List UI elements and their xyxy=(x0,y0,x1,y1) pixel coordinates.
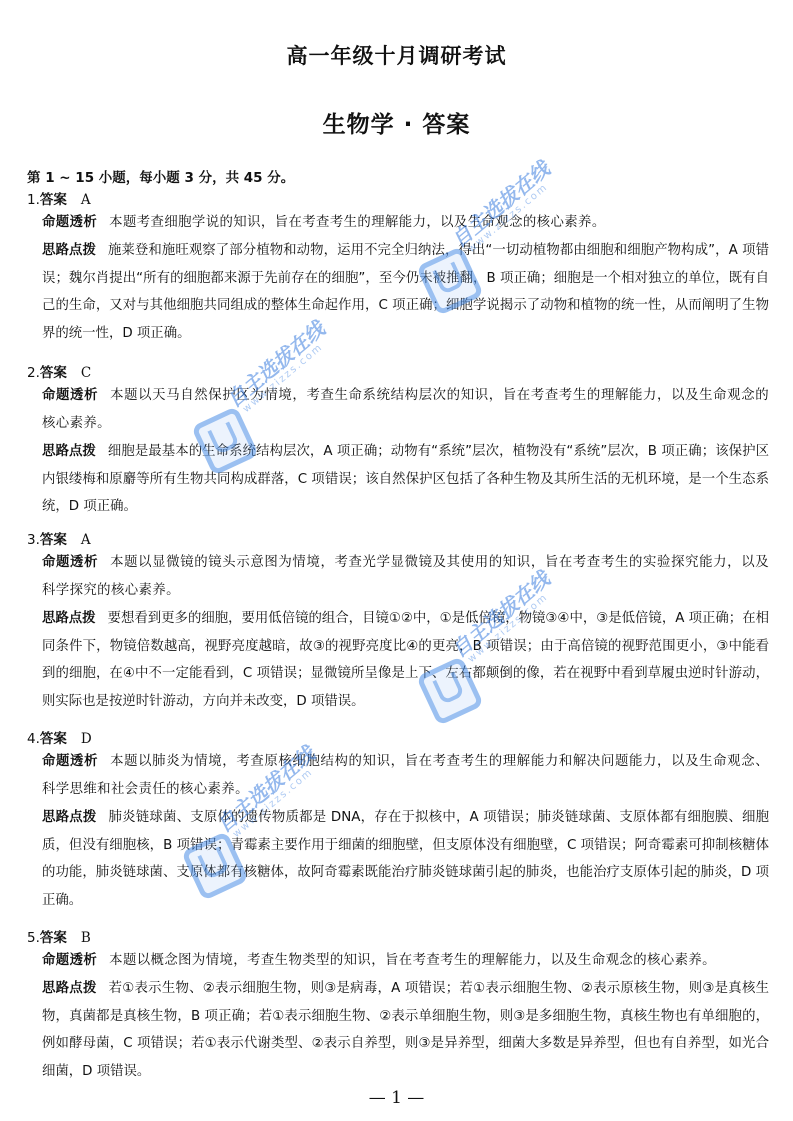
answer-heading: 4.答案D xyxy=(27,727,92,747)
answer-value: C xyxy=(81,365,91,381)
answer-heading: 1.答案A xyxy=(27,188,91,208)
analysis-paragraph: 命题透析本题以天马自然保护区为情境，考查生命系统结构层次的知识，旨在考查考生的理… xyxy=(42,382,769,437)
section-intro: 第 1 ~ 15 小题，每小题 3 分，共 45 分。 xyxy=(27,166,294,186)
analysis-paragraph: 命题透析本题以肺炎为情境，考查原核细胞结构的知识，旨在考查考生的理解能力和解决问… xyxy=(42,748,769,803)
hint-paragraph: 思路点拨细胞是最基本的生命系统结构层次，A 项正确；动物有“系统”层次，植物没有… xyxy=(42,438,769,521)
answer-value: A xyxy=(81,532,91,548)
answer-value: D xyxy=(81,731,92,747)
document-subtitle: 生物学 · 答案 xyxy=(0,106,793,139)
answer-value: B xyxy=(81,930,91,946)
answer-value: A xyxy=(81,192,91,208)
answer-heading: 5.答案B xyxy=(27,926,91,946)
analysis-paragraph: 命题透析本题考查细胞学说的知识，旨在考查考生的理解能力，以及生命观念的核心素养。 xyxy=(42,209,769,237)
answer-heading: 2.答案C xyxy=(27,361,91,381)
analysis-paragraph: 命题透析本题以概念图为情境，考查生物类型的知识，旨在考查考生的理解能力，以及生命… xyxy=(42,947,769,975)
analysis-paragraph: 命题透析本题以显微镜的镜头示意图为情境，考查光学显微镜及其使用的知识，旨在考查考… xyxy=(42,549,769,604)
hint-paragraph: 思路点拨若①表示生物、②表示细胞生物，则③是病毒，A 项错误；若①表示细胞生物、… xyxy=(42,975,769,1085)
document-title: 高一年级十月调研考试 xyxy=(0,40,793,70)
hint-paragraph: 思路点拨施莱登和施旺观察了部分植物和动物，运用不完全归纳法，得出“一切动植物都由… xyxy=(42,237,769,347)
hint-paragraph: 思路点拨要想看到更多的细胞，要用低倍镜的组合，目镜①②中，①是低倍镜，物镜③④中… xyxy=(42,605,769,715)
hint-paragraph: 思路点拨肺炎链球菌、支原体的遗传物质都是 DNA，存在于拟核中，A 项错误；肺炎… xyxy=(42,804,769,914)
page-number: — 1 — xyxy=(0,1088,793,1108)
answer-heading: 3.答案A xyxy=(27,528,91,548)
